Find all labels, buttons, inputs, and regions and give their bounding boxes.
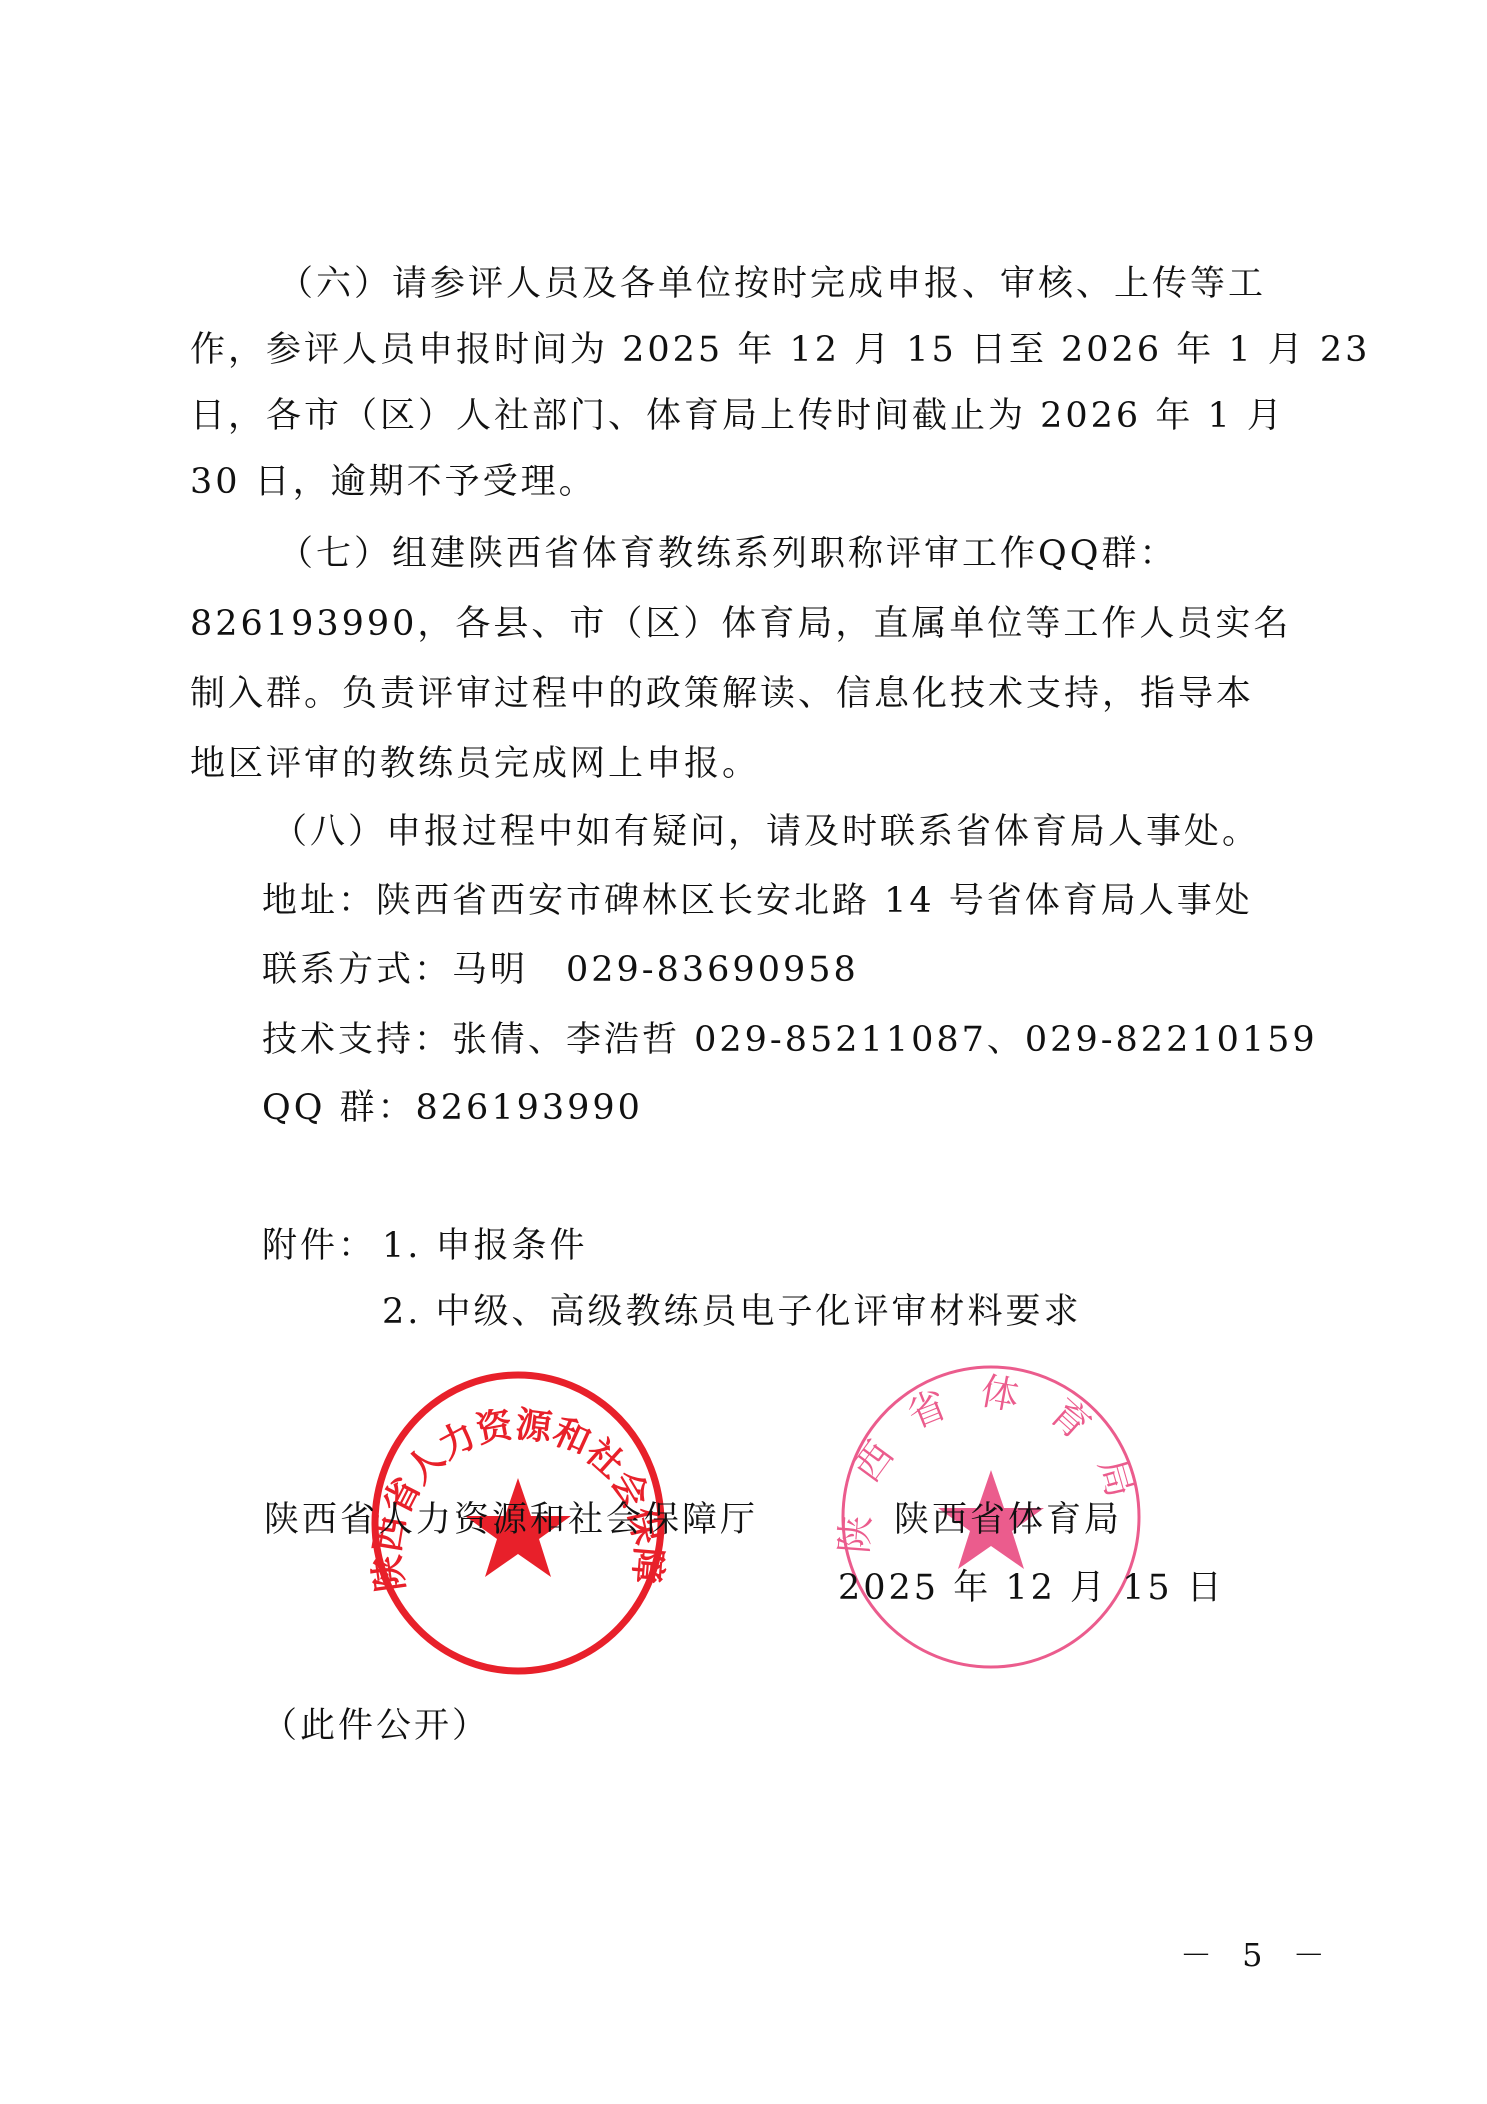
- issue-date: 2025 年 12 月 15 日: [838, 1568, 1225, 1608]
- document-page: （六）请参评人员及各单位按时完成申报、审核、上传等工 作，参评人员申报时间为 2…: [0, 0, 1487, 2104]
- attachments-label: 附件：: [262, 1226, 376, 1266]
- attachment-item: 1. 申报条件: [382, 1226, 588, 1266]
- contact-qq-group: QQ 群：826193990: [262, 1088, 643, 1128]
- paragraph-line: 826193990，各县、市（区）体育局，直属单位等工作人员实名: [190, 604, 1291, 644]
- paragraph-line: 地区评审的教练员完成网上申报。: [190, 744, 760, 784]
- paragraph-line: （七）组建陕西省体育教练系列职称评审工作QQ群：: [278, 534, 1177, 574]
- issuer-sports-bureau: 陕西省体育局: [894, 1500, 1122, 1540]
- paragraph-line: 制入群。负责评审过程中的政策解读、信息化技术支持，指导本: [190, 674, 1254, 714]
- paragraph-line: （六）请参评人员及各单位按时完成申报、审核、上传等工: [278, 264, 1266, 304]
- paragraph-line: （八）申报过程中如有疑问，请及时联系省体育局人事处。: [272, 812, 1260, 852]
- contact-tech-support: 技术支持：张倩、李浩哲 029-85211087、029-82210159: [262, 1020, 1318, 1060]
- disclosure-note: （此件公开）: [262, 1706, 490, 1746]
- issuer-hrss: 陕西省人力资源和社会保障厅: [264, 1500, 758, 1540]
- contact-address: 地址：陕西省西安市碑林区长安北路 14 号省体育局人事处: [262, 881, 1253, 921]
- contact-person: 联系方式：马明 029-83690958: [262, 950, 859, 990]
- paragraph-line: 作，参评人员申报时间为 2025 年 12 月 15 日至 2026 年 1 月…: [190, 330, 1370, 370]
- paragraph-line: 日，各市（区）人社部门、体育局上传时间截止为 2026 年 1 月: [190, 396, 1285, 436]
- attachment-item: 2. 中级、高级教练员电子化评审材料要求: [382, 1292, 1082, 1332]
- paragraph-line: 30 日，逾期不予受理。: [190, 462, 597, 502]
- page-number: － 5 －: [1180, 1930, 1335, 1976]
